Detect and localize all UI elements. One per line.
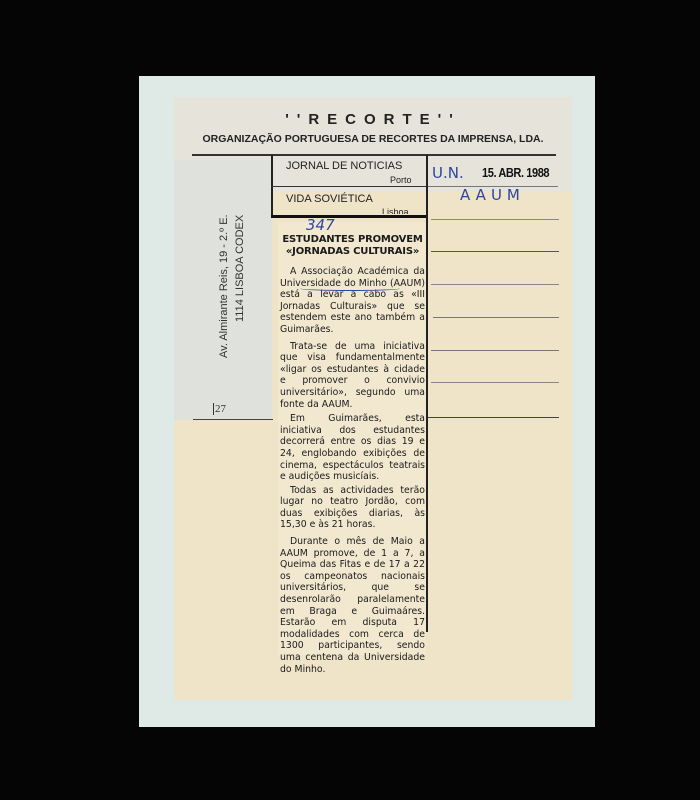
right-rule-2 xyxy=(431,219,559,220)
handwritten-code: U.N. xyxy=(432,164,464,182)
right-rule-5 xyxy=(433,317,559,318)
source-bottom-rule xyxy=(271,215,426,218)
underline-mark xyxy=(300,286,400,291)
agency-subtitle: ORGANIZAÇÃO PORTUGUESA DE RECORTES DA IM… xyxy=(174,133,572,145)
right-rule-3 xyxy=(431,251,559,252)
source-right-border xyxy=(426,155,428,632)
agency-address-line1: Av. Almirante Reis, 19 - 2.º E. xyxy=(218,214,230,358)
source-city-1: Porto xyxy=(390,175,412,185)
article-headline-1: ESTUDANTES PROMOVEM xyxy=(280,234,425,246)
agency-address-line2: 1114 LISBOA CODEX xyxy=(234,215,246,322)
page-number: 27 xyxy=(213,403,226,415)
date-stamp: 15. ABR. 1988 xyxy=(482,165,549,180)
source-name-2: VIDA SOVIÉTICA xyxy=(286,193,373,205)
agency-title: ''RECORTE'' xyxy=(174,111,572,128)
right-rule-8 xyxy=(428,417,559,418)
source-name-1: JORNAL DE NOTICIAS xyxy=(286,160,402,172)
article: ESTUDANTES PROMOVEM «JORNADAS CULTURAIS»… xyxy=(280,234,425,675)
right-rule-7 xyxy=(431,382,559,383)
article-paragraph: Durante o mês de Maio a AAUM promove, de… xyxy=(280,536,425,675)
handwritten-tag: AAUM xyxy=(460,186,525,204)
article-paragraph: Trata-se de uma iniciativa que visa fund… xyxy=(280,341,425,411)
address-rule xyxy=(193,419,273,420)
article-paragraph: A Associação Académica da Universidade d… xyxy=(280,266,425,336)
handwritten-number: 347 xyxy=(306,216,335,234)
article-paragraph: Todas as actividades terão lugar no teat… xyxy=(280,485,425,531)
source-divider xyxy=(271,186,426,187)
article-headline-2: «JORNADAS CULTURAIS» xyxy=(280,246,425,258)
right-rule-6 xyxy=(431,350,559,351)
article-paragraph: Em Guimarães, esta iniciativa dos estuda… xyxy=(280,413,425,483)
source-city-2: Lisboa xyxy=(382,207,409,214)
header-rule xyxy=(192,154,556,156)
right-rule-4 xyxy=(431,284,559,285)
